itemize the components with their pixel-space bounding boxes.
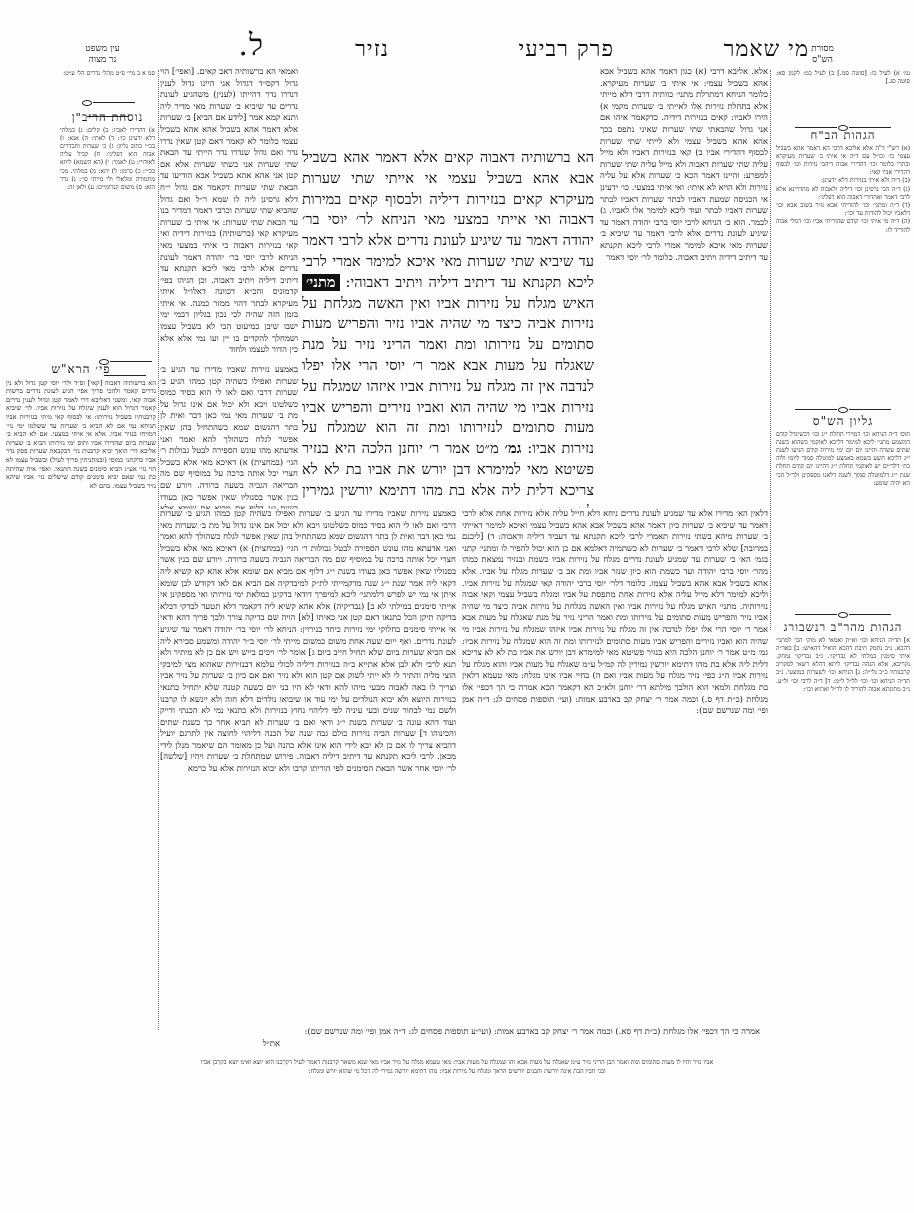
footer-notes: אביו נזיר והיו לו מעות סתומים ומת ואמר ה… [0,1058,914,1076]
gilyon-hashas-text: תוס׳ ד״ה הניחא וכו׳ דמוירי תחלת י״ג וכו׳… [776,431,910,488]
tractate-title: נזיר [355,36,389,62]
ner-mitzvah-title: נר מצוה [55,55,150,66]
tosafot-middle: באמצע נזירות שאביו מדירו עד הגיע ב׳ שערו… [160,364,298,509]
rosh-text: הא ברשותיה דאבוה [קאי] וס״ד ולר׳ יוסי קט… [6,379,156,491]
ein-mishpat-text: סמ א ב מיי׳ פ״ט מהל׳ נדרים הל׳ ע״ט: [60,70,155,78]
hagahot-maharav-text: א] תד״ה הניחא וכו׳ וא״ת ואמאי לא מוקי הכ… [776,637,910,694]
footer-note-line: ובני חביו הבת אינה יורשת והבנים יורשים ה… [0,1067,914,1076]
rashi-top-text: אלא. אליבא דרבי (א) כגון דאמר אהא בשביל … [600,66,768,263]
column-rule [158,70,159,1030]
masoret-hashas-header: מסורת הש"ס [775,44,870,66]
hagahot-item: (ד) ד״ה ומתני׳ וכו׳ להוריתי אבא נזיר בשו… [776,202,910,218]
matni-label: מתני׳ [302,274,340,291]
footer-continuation: את״ל [180,1037,760,1049]
footer-rashi-end: אמרה כי הך דכפי׳ אלו מגלחת (כ״ת דף סא.) … [180,1025,760,1049]
footer-line: אמרה כי הך דכפי׳ אלו מגלחת (כ״ת דף סא.) … [180,1025,760,1037]
gilyon-hashas-section: גליון הש"ס תוס׳ ד״ה הניחא וכו׳ דמוירי תח… [776,414,910,594]
tosafot-top: ואמאי הא ברשותיה דאב קאים. [ואפי׳] הוי ג… [160,66,298,366]
ein-mishpat-header: עין משפט נר מצוה [55,44,150,66]
gemara-label: גמ׳ [505,440,522,457]
masoret-hashas-text: גמ׳ א) לעיל כו: [סוטה סמ.] ב) לעיל כמ: ל… [776,70,910,86]
perek-title: פרק רביעי [519,36,615,62]
tosafot-bottom: באמצע נזירות שאביו מדירו עד הגיע ב׳ שערו… [160,508,456,1028]
rosh-title: פי׳ הרא"ש [6,364,156,376]
hagahot-habach-title: הגהות הב"ח [776,130,910,142]
daf-number: ל. [238,28,264,63]
hagahot-item: (א) רש"י ד"ה אלא אליבא דרבי הא דאמר אהא … [776,145,910,178]
hagahot-item: (ב) ד״ה ולא איתי בנזירות דלא ידעינן: [776,177,910,185]
gilyon-hashas-title: גליון הש"ס [776,416,910,428]
gemara-line: הא ברשותיה דאבוה קאים אלא דאמר אהא בשביל… [302,149,594,291]
gemara-main-text: דלאין הא׳ מדירו אלא עד שמגיע לעונת נדרים… [302,148,594,508]
rashi-bottom: דלאין הא׳ מדירו אלא עד שמגיע לעונת נדרים… [462,508,768,1018]
tosafot-middle-text: באמצע נזירות שאביו מדירו עד הגיע ב׳ שערו… [160,364,298,509]
hagahot-item: (ג) ד״ה הכי גרסינן וכו׳ דיליה ולאבוה לא … [776,186,910,202]
rosh-section: פי׳ הרא"ש הא ברשותיה דאבוה [קאי] וס״ד ול… [6,362,156,1157]
gemara-lines: הא ברשותיה דאבוה קאים אלא דאמר אהא בשביל… [302,148,594,508]
hagahot-habach-section: הגהות הב"ח (א) רש"י ד"ה אלא אליבא דרבי ה… [776,128,910,418]
hagahot-item: (ה) ד״ה מי איתי וכו׳ קודם שהוריתי אביו ו… [776,218,910,234]
nusach-haribvan-section: נוסחת הריב"ן א) דהדירו לאביו: ב) קלים: ג… [60,110,155,310]
masoret-title: מסורת [775,44,870,55]
tosafot-top-text: ואמאי הא ברשותיה דאב קאים. [ואפי׳] הוי ג… [160,66,298,356]
hagahot-maharav-title: הגהות מהר"ב רנשבורג [776,622,910,634]
rashi-top: אלא. אליבא דרבי (א) כגון דאמר אהא בשביל … [600,66,768,506]
column-rule [770,70,771,630]
nusach-haribvan-title: נוסחת הריב"ן [60,112,155,124]
tosafot-bottom-text: באמצע נזירות שאביו מדירו עד הגיע ב׳ שערו… [160,508,456,775]
rashi-bottom-text: דלאין הא׳ מדירו אלא עד שמגיע לעונת נדרים… [462,508,768,717]
nusach-haribvan-text: א) דהדירו לאביו: ב) קלים: ג) כמלתי דלא י… [60,127,155,193]
footer-note-line: אביו נזיר והיו לו מעות סתומים ומת ואמר ה… [0,1058,914,1067]
hashas-title: הש"ס [775,55,870,66]
hagahot-maharav-section: הגהות מהר"ב רנשבורג א] תד״ה הניחא וכו׳ ו… [776,620,910,1030]
ein-mishpat-title: עין משפט [55,44,150,55]
mishnah-text: האיש מגלח על נזירות אביו ואין האשה מגלחת… [302,295,594,458]
